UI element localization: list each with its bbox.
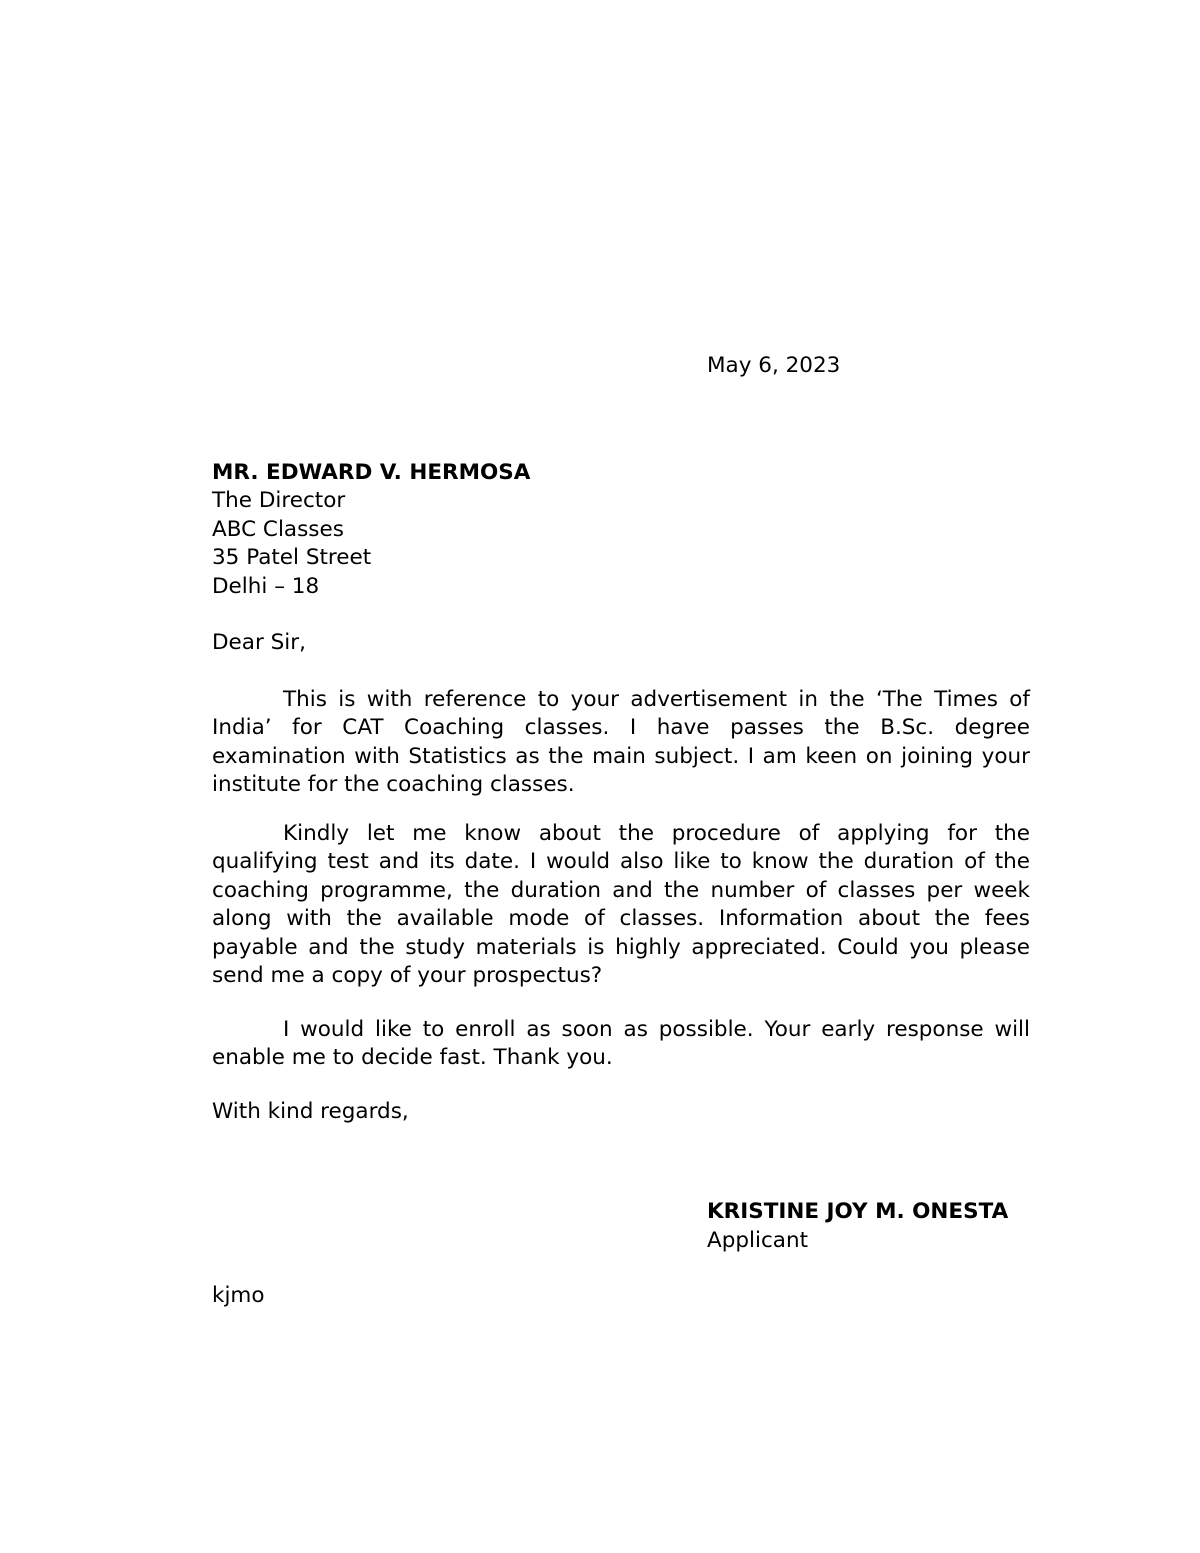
recipient-street: 35 Patel Street	[212, 544, 1030, 573]
closing: With kind regards,	[212, 1098, 1030, 1127]
body-paragraph-1: This is with reference to your advertise…	[212, 686, 1030, 800]
reference-initials: kjmo	[212, 1282, 1030, 1311]
recipient-city: Delhi – 18	[212, 573, 1030, 602]
recipient-block: MR. EDWARD V. HERMOSA The Director ABC C…	[212, 459, 1030, 602]
salutation: Dear Sir,	[212, 629, 1030, 658]
body-paragraph-3: I would like to enroll as soon as possib…	[212, 1016, 1030, 1073]
body-paragraph-2: Kindly let me know about the procedure o…	[212, 820, 1030, 991]
letter-date: May 6, 2023	[707, 352, 1030, 381]
letter-page: May 6, 2023 MR. EDWARD V. HERMOSA The Di…	[0, 0, 1200, 1553]
recipient-name: MR. EDWARD V. HERMOSA	[212, 459, 1030, 488]
signature-title: Applicant	[707, 1227, 1030, 1256]
letter-content: May 6, 2023 MR. EDWARD V. HERMOSA The Di…	[212, 0, 1030, 1311]
signature-name: KRISTINE JOY M. ONESTA	[707, 1198, 1030, 1227]
recipient-organization: ABC Classes	[212, 516, 1030, 545]
signature-block: KRISTINE JOY M. ONESTA Applicant	[707, 1198, 1030, 1255]
recipient-title: The Director	[212, 487, 1030, 516]
